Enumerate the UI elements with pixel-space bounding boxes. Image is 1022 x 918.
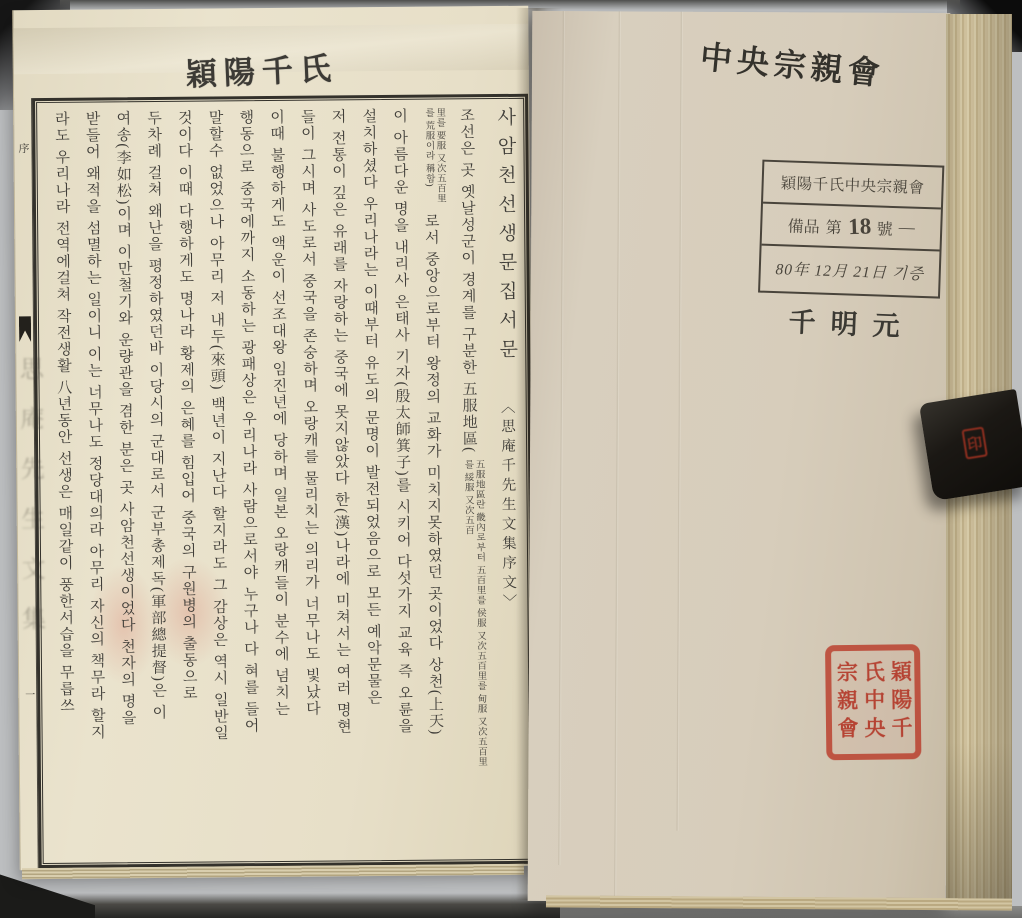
number-suffix: 號 (876, 216, 893, 240)
stamp-row-item-number: 備品 第 18 號 — (762, 204, 941, 252)
number-tail: — (898, 219, 915, 238)
item-number: 18 (847, 213, 871, 240)
book-photo: 穎陽千氏 序 思庵先生文集 一 사암천선생문집서문 〈思庵千先生文集序文〉 조선… (0, 0, 1022, 918)
right-page: 中央宗親會 穎陽千氏中央宗親會 備品 第 18 號 — 80年 12月 21日 … (528, 11, 951, 903)
red-seal: 穎陽千氏中央宗親會 (825, 644, 921, 760)
text-column: 이 아름다운 명을 내리사 은태사 기자(殷太師箕子)를 시키어 다섯가지 교육… (389, 108, 414, 852)
text-column: 여송(李如松)이며 이만철기와 운량관을 겸한 분은 곳 사암천선생이었다 천자… (113, 110, 138, 854)
fishtail-icon (19, 316, 31, 342)
text-column: 라도 우리나라 전역에걸쳐 작전생활 八년동안 선생은 매일같이 풍한서습을 무… (51, 111, 76, 855)
stamp-row-owner: 穎陽千氏中央宗親會 (763, 162, 942, 210)
text-column: 저 전통이 깊은 유래를 자랑하는 중국에 못지않았다 한(漢)나라에 미쳐서는… (328, 108, 353, 852)
text-column: 행동으로 중국에까지 소동하는 광패상은 우리나라 사람으로서야 누구나 다 혀… (236, 109, 261, 853)
text-column: 말할수 없었으나 아무리 저 내두(來頭) 백년이 지난다 할지라도 그 감상은… (205, 109, 230, 853)
text-column: 조선은 곳 옛날성군이 경계를 구분한 五服地區( 五服地區란 畿內로부터 五百… (456, 107, 487, 851)
text-column: 里를 要服 又次五百里를 荒服이라 稱함) 로서 중앙으로부터 왕정의 교화가 … (420, 108, 451, 852)
stamp-row-date: 80年 12月 21日 기증 (760, 246, 939, 295)
seal-script-text: 穎陽千氏中央宗親會 (832, 651, 914, 753)
interlinear-note: 五服地區란 畿內로부터 五百里를 侯服 又次五百里를 甸服 又次五百里를 綏服 … (461, 459, 486, 774)
item-label: 備品 (787, 213, 820, 237)
vertical-text-block: 사암천선생문집서문 〈思庵千先生文集序文〉 조선은 곳 옛날성군이 경계를 구분… (40, 101, 529, 861)
text-column: 것이다 이때 다행하게도 명나라 황제의 은혜를 힘입어 중국의 구원병의 출동… (174, 110, 199, 854)
text-column: 두차례 걸쳐 왜난을 평정하였던바 이당시의 군대로서 군부총제독(軍部總提督)… (143, 110, 168, 854)
paper-crease (614, 11, 622, 901)
left-page: 穎陽千氏 序 思庵先生文集 一 사암천선생문집서문 〈思庵千先生文集序文〉 조선… (12, 6, 535, 870)
section-label: 序 (18, 140, 29, 156)
clan-title-handwriting: 穎陽千氏 (185, 43, 339, 95)
red-seal-imprint-icon: 印 (961, 426, 987, 459)
text-column: 받들어 왜적을 섬멸하는 일이니 이는 너무나도 정당대의라 아무리 자신의 책… (82, 111, 107, 855)
black-seal-stone: 印 (919, 389, 1022, 501)
paper-crease (558, 11, 565, 865)
title-hanja: 〈思庵千先生文集序文〉 (499, 399, 517, 614)
paper-crease (676, 12, 683, 831)
donor-signature: 千明元 (788, 300, 915, 344)
number-prefix: 第 (825, 214, 842, 238)
text-column: 설치하셨다 우리나라는 이때부터 유도의 문명이 발전되었음으로 모든 예악문물… (359, 108, 384, 852)
page-number: 一 (25, 686, 35, 701)
association-handwriting: 中央宗親會 (698, 32, 886, 95)
text-column: 들이 그시며 사도로서 중국을 존숭하며 오랑캐를 물리치는 의리가 너무나도 … (297, 109, 322, 853)
interlinear-note: 里를 要服 又次五百里를 荒服이라 稱함) (422, 108, 445, 208)
inventory-stamp-box: 穎陽千氏中央宗親會 備品 第 18 號 — 80年 12月 21日 기증 (758, 160, 944, 299)
text-column: 이때 불행하게도 액운이 선조대왕 임진년에 당하며 일본 오랑캐들이 분수에 … (266, 109, 291, 853)
title-korean: 사암천선생문집서문 (494, 107, 517, 368)
